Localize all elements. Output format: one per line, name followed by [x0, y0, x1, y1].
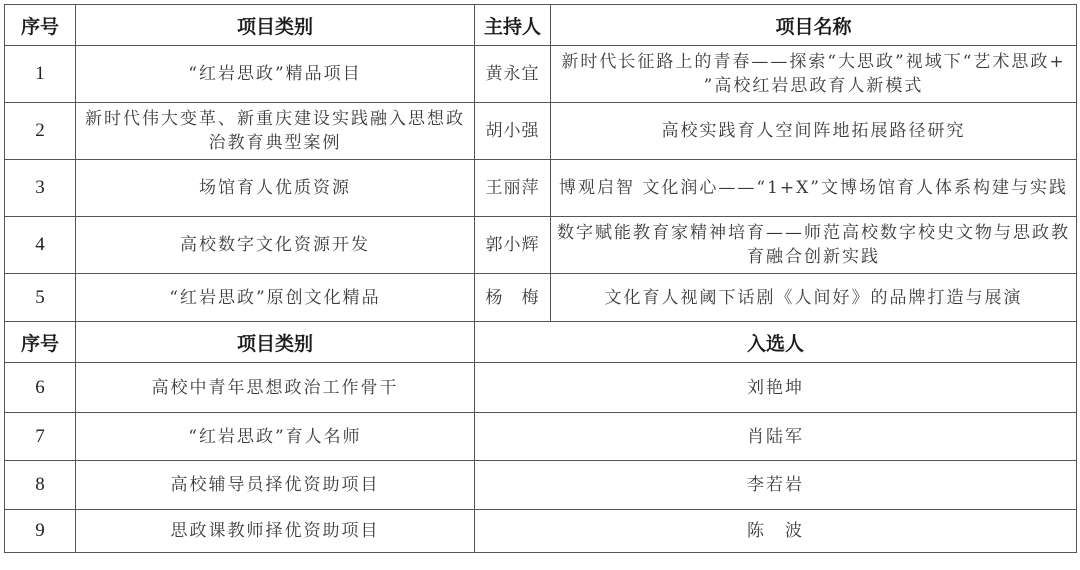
table-row: 8 高校辅导员择优资助项目 李若岩 [5, 461, 1077, 510]
row-index: 1 [5, 46, 76, 103]
header-index: 序号 [5, 322, 76, 363]
row-host: 黄永宜 [475, 46, 551, 103]
row-host: 杨 梅 [475, 274, 551, 322]
row-category: “红岩思政”原创文化精品 [76, 274, 475, 322]
row-category: 思政课教师择优资助项目 [76, 510, 475, 553]
section2-header-row: 序号 项目类别 入选人 [5, 322, 1077, 363]
header-project-name: 项目名称 [551, 5, 1077, 46]
row-index: 4 [5, 217, 76, 274]
row-index: 6 [5, 363, 76, 413]
row-project-name: 数字赋能教育家精神培育——师范高校数字校史文物与思政教育融合创新实践 [551, 217, 1077, 274]
row-category: “红岩思政”精品项目 [76, 46, 475, 103]
table-row: 6 高校中青年思想政治工作骨干 刘艳坤 [5, 363, 1077, 413]
header-selected-person: 入选人 [475, 322, 1077, 363]
table-row: 1 “红岩思政”精品项目 黄永宜 新时代长征路上的青春——探索“大思政”视域下“… [5, 46, 1077, 103]
row-category: “红岩思政”育人名师 [76, 413, 475, 461]
table-row: 4 高校数字文化资源开发 郭小辉 数字赋能教育家精神培育——师范高校数字校史文物… [5, 217, 1077, 274]
row-index: 2 [5, 103, 76, 160]
table-row: 7 “红岩思政”育人名师 肖陆军 [5, 413, 1077, 461]
row-index: 9 [5, 510, 76, 553]
row-host: 胡小强 [475, 103, 551, 160]
row-selected-person: 陈 波 [475, 510, 1077, 553]
table-row: 2 新时代伟大变革、新重庆建设实践融入思想政治教育典型案例 胡小强 高校实践育人… [5, 103, 1077, 160]
row-selected-person: 肖陆军 [475, 413, 1077, 461]
row-index: 3 [5, 160, 76, 217]
row-category: 场馆育人优质资源 [76, 160, 475, 217]
row-project-name: 文化育人视阈下话剧《人间好》的品牌打造与展演 [551, 274, 1077, 322]
row-project-name: 新时代长征路上的青春——探索“大思政”视域下“艺术思政+ ”高校红岩思政育人新模… [551, 46, 1077, 103]
table-row: 9 思政课教师择优资助项目 陈 波 [5, 510, 1077, 553]
row-category: 高校数字文化资源开发 [76, 217, 475, 274]
row-category: 高校辅导员择优资助项目 [76, 461, 475, 510]
row-index: 8 [5, 461, 76, 510]
row-host: 王丽萍 [475, 160, 551, 217]
table-row: 3 场馆育人优质资源 王丽萍 博观启智 文化润心——“1+X”文博场馆育人体系构… [5, 160, 1077, 217]
row-project-name: 博观启智 文化润心——“1+X”文博场馆育人体系构建与实践 [551, 160, 1077, 217]
table-row: 5 “红岩思政”原创文化精品 杨 梅 文化育人视阈下话剧《人间好》的品牌打造与展… [5, 274, 1077, 322]
section1-header-row: 序号 项目类别 主持人 项目名称 [5, 5, 1077, 46]
row-selected-person: 刘艳坤 [475, 363, 1077, 413]
row-project-name: 高校实践育人空间阵地拓展路径研究 [551, 103, 1077, 160]
row-index: 5 [5, 274, 76, 322]
project-list-table: 序号 项目类别 主持人 项目名称 1 “红岩思政”精品项目 黄永宜 新时代长征路… [4, 4, 1077, 553]
row-category: 新时代伟大变革、新重庆建设实践融入思想政治教育典型案例 [76, 103, 475, 160]
header-index: 序号 [5, 5, 76, 46]
row-host: 郭小辉 [475, 217, 551, 274]
row-index: 7 [5, 413, 76, 461]
header-host: 主持人 [475, 5, 551, 46]
row-category: 高校中青年思想政治工作骨干 [76, 363, 475, 413]
header-category: 项目类别 [76, 322, 475, 363]
header-category: 项目类别 [76, 5, 475, 46]
row-selected-person: 李若岩 [475, 461, 1077, 510]
